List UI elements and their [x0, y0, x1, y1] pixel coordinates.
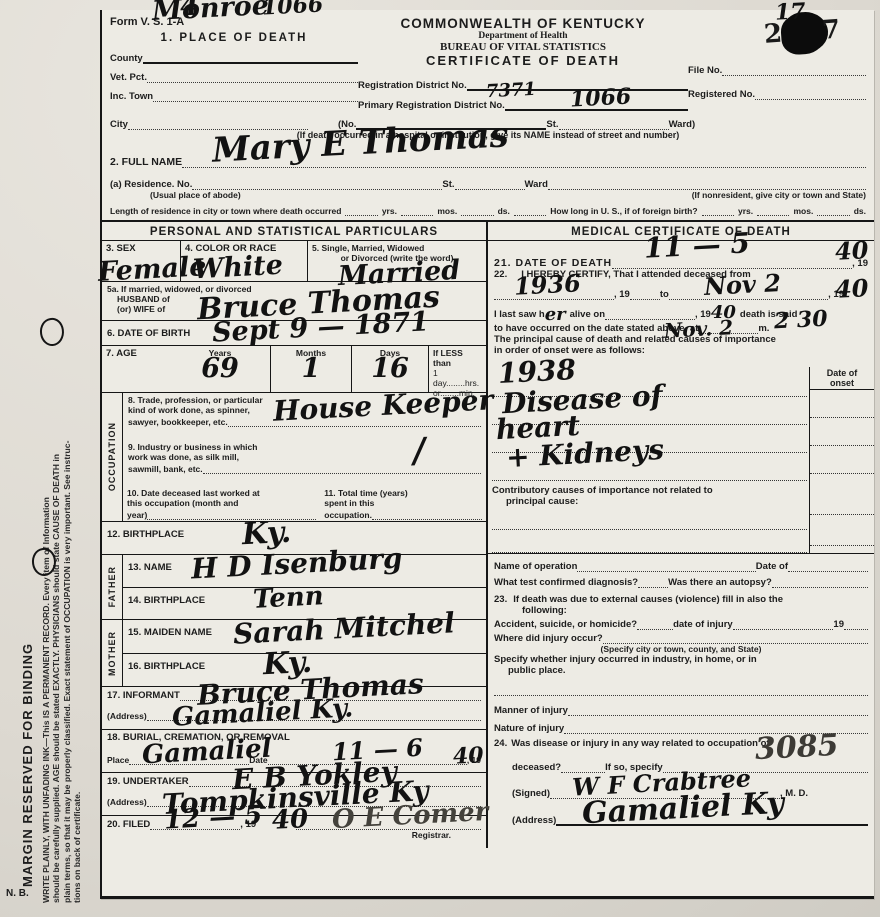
- informant-addr-label: (Address): [107, 711, 147, 721]
- marital-label1: 5. Single, Married, Widowed: [312, 243, 482, 253]
- race-cell: 4. COLOR OR RACE White: [181, 241, 308, 281]
- mother-side-label: MOTHER: [107, 631, 117, 676]
- publicplace-rule: [494, 684, 868, 696]
- residence-line: (a) Residence. No. St. Ward: [110, 178, 866, 190]
- age-days-value: 16: [356, 358, 424, 380]
- external-line2: following:: [522, 605, 868, 616]
- father-side-label: FATHER: [107, 566, 117, 607]
- certify-block: 22. I HEREBY CERTIFY, That I attended de…: [494, 269, 868, 365]
- filed-row: 20. FILED , 19 12 — 5 40 O E Comer Regis…: [102, 816, 486, 848]
- file-no-label: File No.: [688, 65, 722, 76]
- st-rule: [559, 118, 669, 130]
- county-label: County: [110, 53, 143, 64]
- residence-ward-label: Ward: [525, 179, 548, 190]
- totaltime-cell: 11. Total time (years) spent in this occ…: [320, 487, 486, 521]
- undertaker-addr-label: (Address): [107, 797, 147, 807]
- contributory-rule-2: [492, 530, 807, 553]
- where-label: Where did injury occur?: [494, 633, 603, 644]
- age-years-value: 69: [174, 358, 266, 380]
- race-handwritten-value: White: [192, 255, 283, 281]
- nature-label: Nature of injury: [494, 723, 564, 734]
- totaltime-label1: 11. Total time (years): [324, 488, 482, 498]
- length-line: Length of residence in city or town wher…: [110, 204, 866, 216]
- primary-reg-handwritten-value: 1066: [570, 88, 632, 109]
- occ-deceased-label: deceased?: [512, 762, 561, 773]
- length-mos: mos.: [437, 206, 457, 216]
- certificate: Form V. S. 1-A 1. PLACE OF DEATH County …: [100, 10, 874, 899]
- vet-pct-label: Vet. Pct.: [110, 72, 147, 83]
- marital-cell: 5. Single, Married, Widowed or Divorced …: [308, 241, 486, 281]
- full-name-band: 2. FULL NAME Mary E Thomas: [102, 156, 874, 168]
- filed-date-handwritten-value: 12 — 5: [164, 805, 263, 831]
- dod-label: 21. DATE OF DEATH: [494, 257, 612, 269]
- county-line: County Monroe: [110, 51, 358, 64]
- ward-label: Ward): [669, 119, 696, 130]
- st-label: St.: [546, 119, 558, 130]
- reg-district-label: Registration District No.: [358, 80, 467, 91]
- occupation-side-label: OCCUPATION: [107, 422, 117, 491]
- abode-note: (Usual place of abode): [150, 190, 241, 200]
- occupation-section: OCCUPATION 8. Trade, profession, or part…: [102, 393, 486, 522]
- registered-no-rule: [755, 88, 866, 100]
- lastsaw-her-handwritten: er: [545, 308, 566, 322]
- age-less-line1: If LESS than: [433, 348, 482, 368]
- personal-title: PERSONAL AND STATISTICAL PARTICULARS: [102, 222, 486, 241]
- industry-label1: 9. Industry or business in which: [128, 442, 481, 452]
- age-days-cell: Days 16: [352, 346, 429, 392]
- margin-note-line: plain terms, so that it may be properly …: [63, 180, 72, 903]
- father-bp-handwritten-value: Tenn: [253, 586, 325, 610]
- contributory-rule-1: [492, 507, 807, 530]
- residence-st-rule: [455, 178, 525, 190]
- occupation-rows: 8. Trade, profession, or particular kind…: [123, 393, 486, 521]
- burial-place-label: Place: [107, 755, 129, 765]
- margin-binding-label: MARGIN RESERVED FOR BINDING: [20, 327, 35, 887]
- onset-column: Date of onset: [809, 367, 874, 553]
- death-certificate-scan: MARGIN RESERVED FOR BINDING N. B. WRITE …: [0, 0, 880, 917]
- industry-row: 9. Industry or business in which work wa…: [123, 440, 486, 487]
- header-center: COMMONWEALTH OF KENTUCKY Department of H…: [358, 16, 688, 111]
- lastsaw-mid: alive on: [570, 309, 605, 320]
- registered-no-label: Registered No.: [688, 89, 755, 100]
- certify-from-handwritten: 1936: [514, 273, 582, 296]
- certify-to-handwritten: Nov 2: [704, 273, 782, 296]
- occupation-question-block: 24. Was disease or injury in any way rel…: [494, 738, 868, 848]
- father-bp-label: 14. BIRTHPLACE: [128, 595, 205, 606]
- manner-row: Manner of injury: [494, 704, 868, 716]
- injury-19: 19: [833, 619, 844, 630]
- operation-row: Name of operation Date of: [494, 560, 868, 572]
- external-block: 23. If death was due to external causes …: [494, 594, 868, 696]
- lastsaw-handwritten: Nov. 2: [664, 319, 734, 339]
- manner-rule: [568, 704, 868, 716]
- cause-line-4: + Kidneys: [492, 453, 807, 481]
- margin-note-line: should be carefully supplied. AGE should…: [52, 180, 61, 903]
- full-name-label: 2. FULL NAME: [110, 156, 182, 168]
- autopsy-label: Was there an autopsy?: [668, 577, 772, 588]
- autopsy-rule: [772, 576, 868, 588]
- inc-town-label: Inc. Town: [110, 91, 153, 102]
- residence-notes: (Usual place of abode) (If nonresident, …: [110, 190, 866, 200]
- primary-reg-line: Primary Registration District No. 7371 1…: [358, 98, 688, 111]
- addr-label: (Address): [512, 815, 556, 826]
- age-months-cell: Months 1: [271, 346, 352, 392]
- certify-year-handwritten: 40: [834, 278, 868, 299]
- onset-rule: [810, 390, 874, 418]
- length-band: Length of residence in city or town wher…: [102, 204, 874, 216]
- certify-to: to: [660, 289, 669, 300]
- county-handwritten-value: Monroe: [152, 0, 270, 23]
- length-rule1: [345, 204, 377, 216]
- dod-handwritten-value: 11 — 5: [643, 232, 750, 260]
- father-name-handwritten-value: H D Isenburg: [191, 548, 403, 581]
- mother-side-label-cell: MOTHER: [102, 620, 123, 686]
- occ-line1: Was disease or injury in any way related…: [511, 738, 769, 749]
- registrar-signature: O E Comer: [332, 802, 489, 831]
- trade-label3: sawyer, bookkeeper, etc.: [128, 417, 228, 427]
- mother-name-handwritten-value: Sarah Mitchel: [233, 612, 456, 646]
- age-years-cell: Years 69: [170, 346, 271, 392]
- specify-line2: public place.: [508, 665, 868, 676]
- external-line1: If death was due to external causes (vio…: [513, 594, 783, 605]
- vet-pct-rule: [147, 71, 358, 83]
- cause-section: 1938 Disease of heart + Kidneys Contribu: [488, 367, 874, 554]
- cause4-handwritten: + Kidneys: [506, 439, 665, 470]
- residence-st-label: St.: [442, 179, 454, 190]
- birthplace-handwritten-value: Ky.: [241, 521, 291, 548]
- age-label: 7. AGE: [106, 348, 166, 359]
- lastworked-row: 10. Date deceased last worked at this oc…: [123, 487, 486, 521]
- length-yrs: yrs.: [382, 206, 397, 216]
- length-rule7: [817, 204, 849, 216]
- industry-handwritten-value: /: [412, 438, 426, 466]
- header-right: 27 File No. Registered No. 17: [688, 16, 866, 111]
- residence-label: (a) Residence. No.: [110, 179, 192, 190]
- binding-margin: MARGIN RESERVED FOR BINDING N. B. WRITE …: [0, 0, 100, 917]
- certificate-header: Form V. S. 1-A 1. PLACE OF DEATH County …: [102, 10, 874, 111]
- city-label: City: [110, 119, 128, 130]
- header-left: Form V. S. 1-A 1. PLACE OF DEATH County …: [110, 16, 358, 111]
- length-rule2: [401, 204, 433, 216]
- contributory-line1: Contributory causes of importance not re…: [492, 485, 807, 496]
- injury-date-label: date of injury: [673, 619, 733, 630]
- residence-ward-rule: [548, 178, 866, 190]
- injury-date-rule: [733, 618, 834, 630]
- specify-note: (Specify city or town, county, and State…: [494, 644, 868, 654]
- length-rule6: [757, 204, 789, 216]
- residence-rule: [192, 178, 442, 190]
- test-label: What test confirmed diagnosis?: [494, 577, 638, 588]
- registered-no-handwritten-value: 17: [775, 3, 807, 22]
- signed-label: (Signed): [512, 788, 550, 799]
- external-num: 23.: [494, 594, 507, 605]
- occupation-side-label-cell: OCCUPATION: [102, 393, 123, 521]
- injury-19-rule: [844, 618, 868, 630]
- residence-band: (a) Residence. No. St. Ward (Usual place…: [102, 178, 874, 200]
- lastworked-label1: 10. Date deceased last worked at: [127, 488, 316, 498]
- margin-note-line: WRITE PLAINLY, WITH UNFADING INK—This IS…: [42, 180, 51, 903]
- length-ds: ds.: [498, 206, 510, 216]
- registered-no-line: Registered No. 17: [688, 88, 866, 100]
- lastworked-label3: year): [127, 510, 147, 520]
- onset-header: Date of onset: [810, 367, 874, 390]
- county-rule: [143, 51, 358, 64]
- industry-label2: work was done, as silk mill,: [128, 452, 481, 462]
- contributory-line2: principal cause:: [506, 496, 807, 507]
- burial-year-handwritten-value: 40: [453, 747, 485, 766]
- onset-rule: [810, 418, 874, 446]
- lastworked-cell: 10. Date deceased last worked at this oc…: [123, 487, 320, 521]
- father-side-label-cell: FATHER: [102, 555, 123, 619]
- undertaker-label: 19. UNDERTAKER: [107, 776, 189, 787]
- informant-label: 17. INFORMANT: [107, 690, 180, 701]
- stamp-right-digits: 7: [821, 14, 849, 46]
- main-columns: PERSONAL AND STATISTICAL PARTICULARS 3. …: [102, 220, 874, 848]
- dob-label: 6. DATE OF BIRTH: [107, 328, 190, 339]
- certify-19a-rule: [630, 288, 660, 300]
- certificate-title: CERTIFICATE OF DEATH: [358, 53, 688, 68]
- filed-year-handwritten-value: 40: [271, 809, 308, 832]
- informant-row: 17. INFORMANT Bruce Thomas (Address) Gam…: [102, 687, 486, 730]
- length-rule5: [702, 204, 734, 216]
- length-yrs2: yrs.: [738, 206, 753, 216]
- informant-addr-handwritten-value: Gamaliel Ky.: [172, 698, 354, 728]
- totaltime-label3: occupation.: [324, 510, 372, 520]
- industry-rule: [203, 462, 481, 474]
- cause1-handwritten: 1938: [497, 359, 576, 385]
- operation-rule: [577, 560, 755, 572]
- length-rule4: [514, 204, 546, 216]
- physician-address-handwritten: Gamaliel Ky: [582, 792, 785, 827]
- age-months-value: 1: [275, 358, 347, 380]
- operation-date-rule: [788, 560, 868, 572]
- test-row: What test confirmed diagnosis? Was there…: [494, 576, 868, 588]
- where-rule: [603, 632, 868, 644]
- operation-date-label: Date of: [756, 561, 788, 572]
- occ-handwritten-value: 3085: [754, 734, 839, 762]
- reg-district-handwritten-value: 1066: [262, 0, 324, 17]
- vet-pct-handwritten-value: 4: [179, 0, 199, 18]
- lastworked-label2: this occupation (month and: [127, 498, 316, 508]
- certify-19a: , 19: [614, 289, 630, 300]
- father-name-label: 13. NAME: [128, 562, 172, 573]
- margin-nb-label: N. B.: [6, 888, 29, 899]
- mother-name-label: 15. MAIDEN NAME: [128, 627, 212, 638]
- dod-row: 21. DATE OF DEATH , 19 11 — 5 40: [494, 241, 868, 269]
- accident-label: Accident, suicide, or homicide?: [494, 619, 637, 630]
- primary-reg-handwritten-over: 7371: [486, 83, 537, 100]
- filed-label: 20. FILED: [107, 819, 150, 830]
- onset-label2: onset: [810, 378, 874, 388]
- commonwealth-title: COMMONWEALTH OF KENTUCKY: [358, 16, 688, 31]
- age-cell: 7. AGE: [102, 346, 170, 392]
- test-rule: [638, 576, 668, 588]
- totaltime-rule: [372, 508, 482, 520]
- birthplace-label: 12. BIRTHPLACE: [107, 529, 184, 540]
- length-ds2: ds.: [854, 206, 866, 216]
- sex-handwritten-value: Female: [98, 256, 207, 283]
- inc-town-rule: [153, 90, 358, 102]
- length-text: Length of residence in city or town wher…: [110, 206, 341, 216]
- medical-column: MEDICAL CERTIFICATE OF DEATH 21. DATE OF…: [488, 222, 874, 848]
- margin-note: WRITE PLAINLY, WITH UNFADING INK—This IS…: [42, 180, 83, 903]
- totaltime-label2: spent in this: [324, 498, 482, 508]
- industry-label3: sawmill, bank, etc.: [128, 464, 203, 474]
- dob-handwritten-value: Sept 9 — 1871: [212, 312, 430, 345]
- certify-num: 22.: [494, 269, 507, 280]
- specify-line1: Specify whether injury occurred in indus…: [494, 654, 868, 665]
- onset-rule: [810, 515, 874, 546]
- trade-row: 8. Trade, profession, or particular kind…: [123, 393, 486, 440]
- accident-rule: [637, 618, 673, 630]
- primary-reg-label: Primary Registration District No.: [358, 100, 505, 111]
- time-m-label: m.: [758, 323, 769, 334]
- file-no-line: File No.: [688, 64, 866, 76]
- vet-pct-line: Vet. Pct. 4: [110, 71, 358, 83]
- length-rule3: [461, 204, 493, 216]
- file-no-rule: [722, 64, 866, 76]
- dod-year-handwritten-value: 40: [834, 240, 868, 261]
- md-label: , M. D.: [780, 788, 808, 799]
- manner-label: Manner of injury: [494, 705, 568, 716]
- margin-note-line: tions on back of certificate.: [73, 180, 82, 903]
- place-of-death-label: 1. PLACE OF DEATH: [110, 32, 358, 44]
- department-subtitle: Department of Health: [358, 31, 688, 41]
- contributory-block: Contributory causes of importance not re…: [492, 485, 807, 507]
- time-handwritten: 2 30: [774, 311, 828, 331]
- sex-race-marital-row: 3. SEX Female 4. COLOR OR RACE White 5. …: [102, 241, 486, 282]
- onset-rule: [810, 474, 874, 515]
- length-mos2: mos.: [793, 206, 813, 216]
- personal-column: PERSONAL AND STATISTICAL PARTICULARS 3. …: [102, 222, 488, 848]
- occ-num: 24.: [494, 738, 507, 749]
- lastworked-rule: [147, 508, 316, 520]
- dob-row: 6. DATE OF BIRTH Sept 9 — 1871: [102, 321, 486, 346]
- operation-label: Name of operation: [494, 561, 577, 572]
- mother-bp-label: 16. BIRTHPLACE: [128, 661, 205, 672]
- onset-label1: Date of: [810, 368, 874, 378]
- length-us-text: How long in U. S., if of foreign birth?: [550, 206, 697, 216]
- inc-town-line: Inc. Town: [110, 90, 358, 102]
- bureau-subtitle: BUREAU OF VITAL STATISTICS: [358, 41, 688, 53]
- sex-cell: 3. SEX Female: [102, 241, 181, 281]
- lastsaw-pre: I last saw h: [494, 309, 545, 320]
- nonresident-note: (If nonresident, give city or town and S…: [692, 190, 866, 200]
- cause-lines: 1938 Disease of heart + Kidneys Contribu: [488, 367, 809, 553]
- onset-rule: [810, 446, 874, 474]
